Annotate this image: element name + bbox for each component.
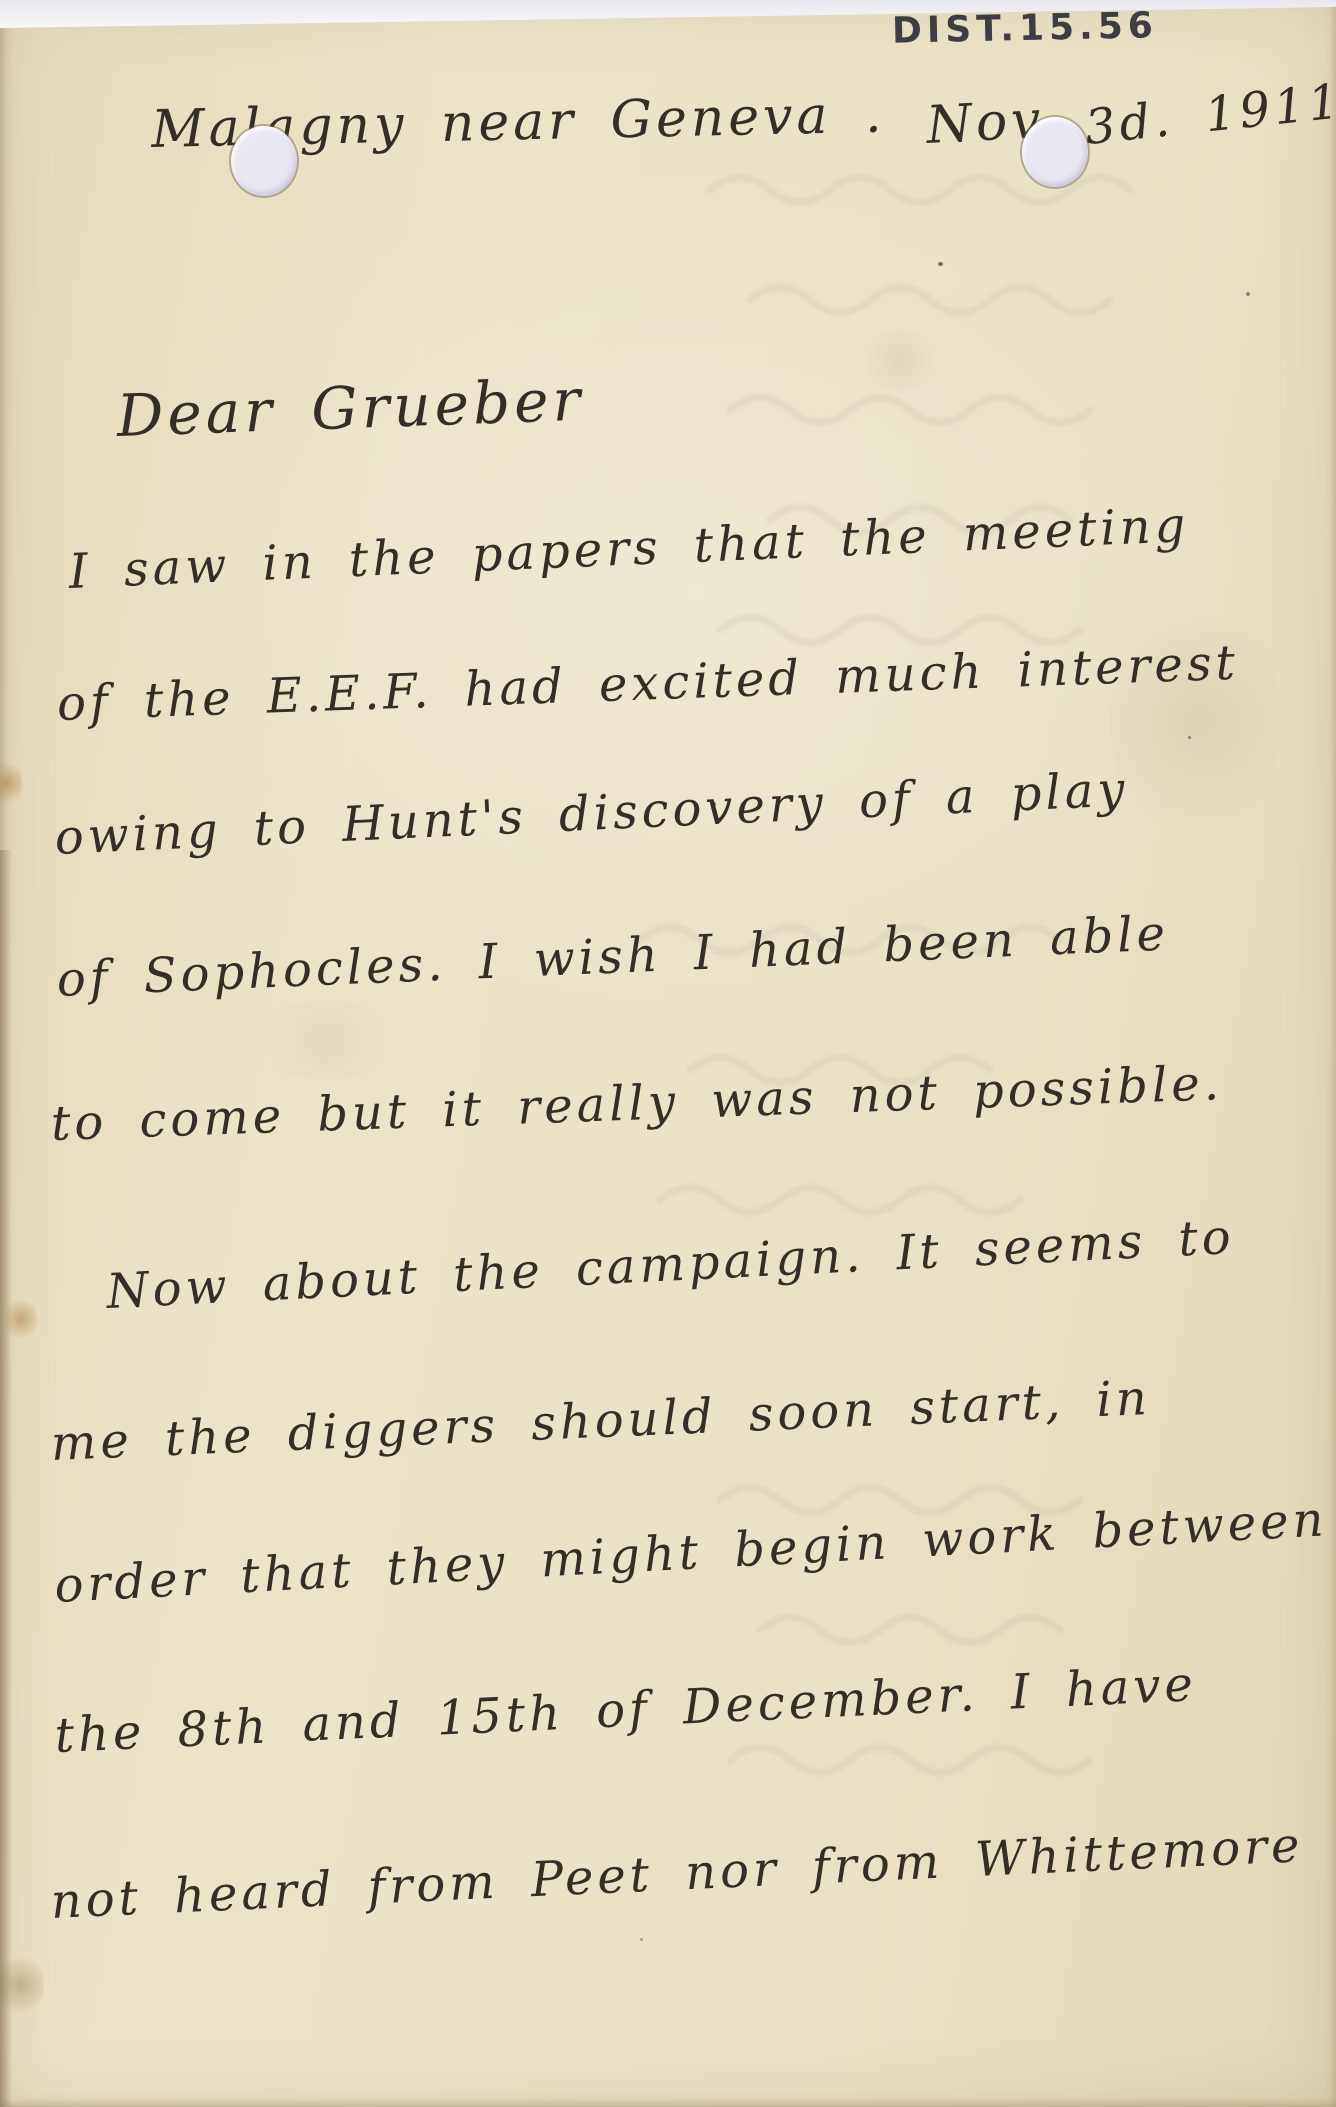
paper-stain: [0, 1950, 44, 2020]
archive-reference-number: DIST.15.56: [892, 5, 1159, 52]
punch-hole: [1022, 117, 1088, 187]
ink-speck: [640, 1938, 643, 1941]
body-line: owing to Hunt's discovery of a play: [53, 761, 1129, 866]
paper-smudge: [1110, 590, 1280, 850]
ink-speck: [938, 262, 943, 266]
paper-stain: [4, 1296, 38, 1342]
ink-speck: [1188, 736, 1191, 739]
punch-hole: [231, 126, 297, 196]
paper-edge-shadow: [0, 850, 12, 2107]
ink-speck: [1246, 292, 1250, 296]
heading-date-day-year: 3d. 1911: [1082, 73, 1336, 156]
paper-smudge: [250, 1000, 400, 1080]
salutation: Dear Grueber: [116, 366, 586, 450]
paper-smudge: [855, 330, 945, 390]
body-line: of the E.E.F. had excited much interest: [56, 635, 1240, 732]
letter-paper: DIST.15.56 Malagny near Geneva . Nov 3d.…: [0, 0, 1336, 2107]
paper-stain: [0, 758, 22, 808]
body-line: not heard from Peet nor from Whittemore: [49, 1817, 1304, 1930]
scanned-letter-page: DIST.15.56 Malagny near Geneva . Nov 3d.…: [0, 0, 1336, 2107]
